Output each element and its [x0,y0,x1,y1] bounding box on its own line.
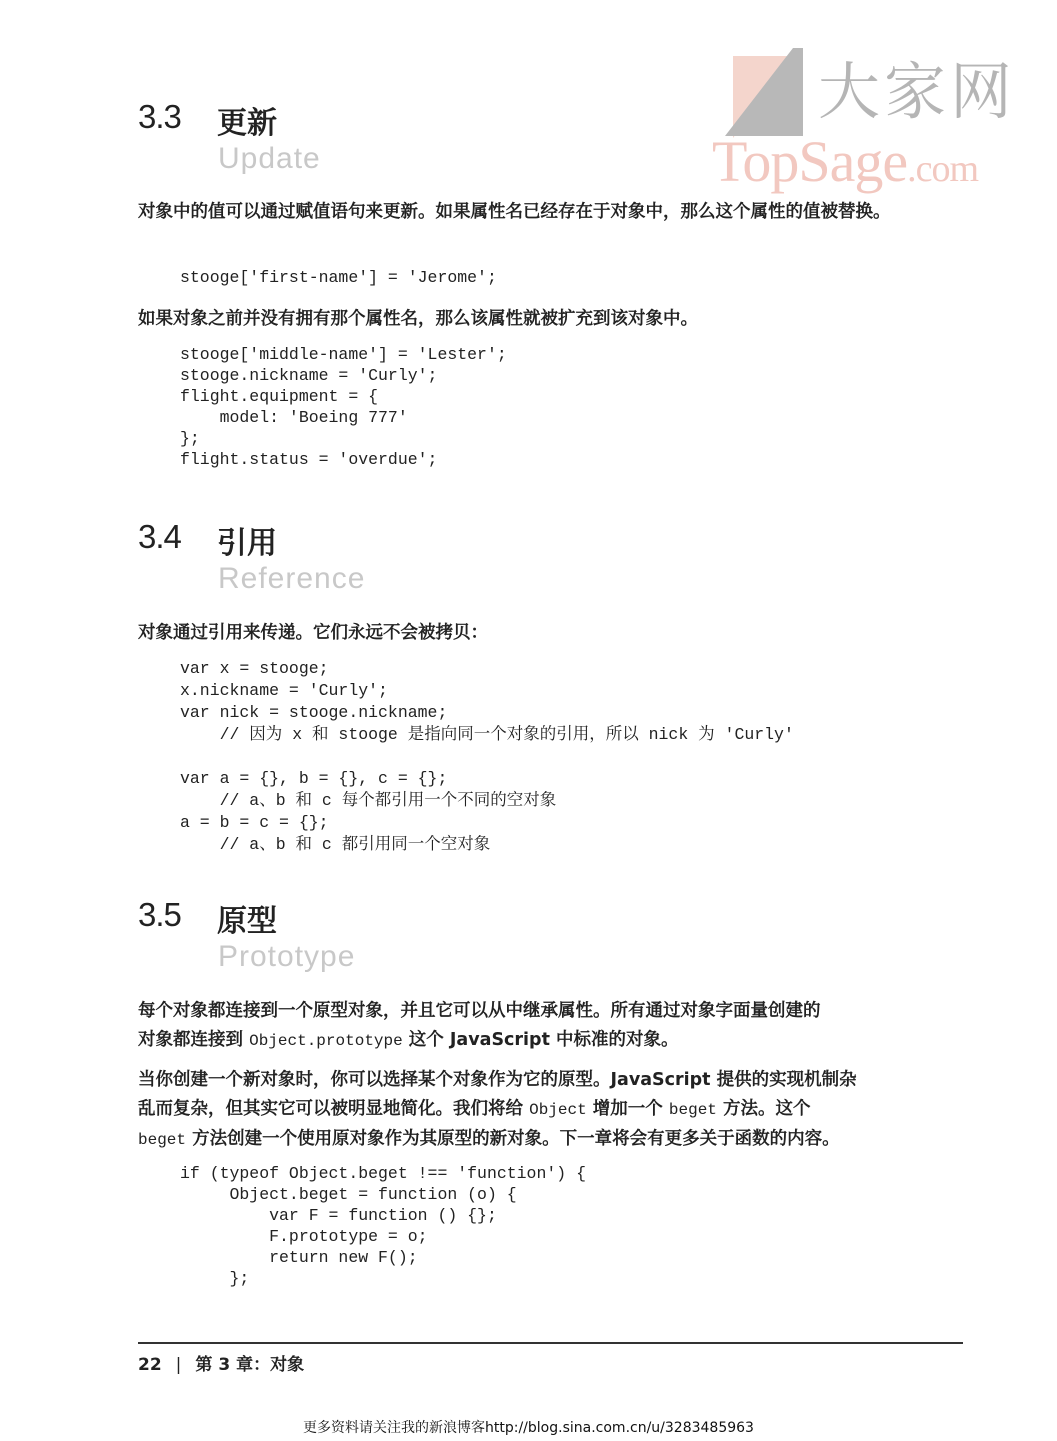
code-block: stooge['first-name'] = 'Jerome'; [180,267,497,288]
footer-divider [138,1342,963,1344]
paragraph-line: 对象都连接到 Object.prototype 这个 JavaScript 中标… [138,1026,968,1056]
text: 对象都连接到 [138,1030,249,1050]
footer-separator: | [176,1355,182,1375]
text: 方法。这个 [717,1099,811,1119]
paragraph: 对象通过引用来传递。它们永远不会被拷贝： [138,619,968,648]
inline-code: Object [529,1101,587,1119]
paragraph-line: 每个对象都连接到一个原型对象，并且它可以从中继承属性。所有通过对象字面量创建的 [138,997,968,1026]
paragraph: 如果对象之前并没有拥有那个属性名，那么该属性就被扩充到该对象中。 [138,305,968,334]
watermark-cn: 大家网 [818,42,1016,131]
watermark-en-main: TopSage [712,129,907,194]
section-title: 原型 [217,896,277,940]
paragraph: 对象中的值可以通过赋值语句来更新。如果属性名已经存在于对象中，那么这个属性的值被… [138,198,968,227]
section-number: 3.4 [138,518,181,556]
inline-code: beget [669,1101,717,1119]
section-subtitle: Reference [218,562,365,596]
section-number: 3.5 [138,896,181,934]
paragraph: 每个对象都连接到一个原型对象，并且它可以从中继承属性。所有通过对象字面量创建的 … [138,997,968,1056]
code-block: var x = stooge; x.nickname = 'Curly'; va… [180,658,794,856]
code-block: stooge['middle-name'] = 'Lester'; stooge… [180,344,507,470]
page-footer: 22|第 3 章：对象 [138,1350,304,1375]
section-number: 3.3 [138,98,181,136]
text: 这个 JavaScript 中标准的对象。 [403,1030,679,1050]
section-subtitle: Update [218,142,321,176]
text: 增加一个 [587,1099,669,1119]
code-block: if (typeof Object.beget !== 'function') … [180,1163,586,1289]
inline-code: Object.prototype [249,1032,403,1050]
page-number: 22 [138,1355,162,1375]
chapter-title: 第 3 章：对象 [195,1355,304,1375]
paragraph-line: 当你创建一个新对象时，你可以选择某个对象作为它的原型。JavaScript 提供… [138,1066,968,1095]
paragraph-line: 乱而复杂，但其实它可以被明显地简化。我们将给 Object 增加一个 beget… [138,1095,968,1125]
paragraph: 当你创建一个新对象时，你可以选择某个对象作为它的原型。JavaScript 提供… [138,1066,968,1155]
section-title: 引用 [217,518,277,562]
paragraph-line: beget 方法创建一个使用原对象作为其原型的新对象。下一章将会有更多关于函数的… [138,1125,968,1155]
inline-code: beget [138,1131,186,1149]
text: 方法创建一个使用原对象作为其原型的新对象。下一章将会有更多关于函数的内容。 [186,1129,840,1149]
text: 乱而复杂，但其实它可以被明显地简化。我们将给 [138,1099,529,1119]
section-title: 更新 [217,98,277,142]
section-subtitle: Prototype [218,940,355,974]
watermark-en: TopSage.com [712,128,978,195]
watermark-en-suffix: .com [907,148,978,190]
blog-note: 更多资料请关注我的新浪博客http://blog.sina.com.cn/u/3… [0,1417,1057,1437]
